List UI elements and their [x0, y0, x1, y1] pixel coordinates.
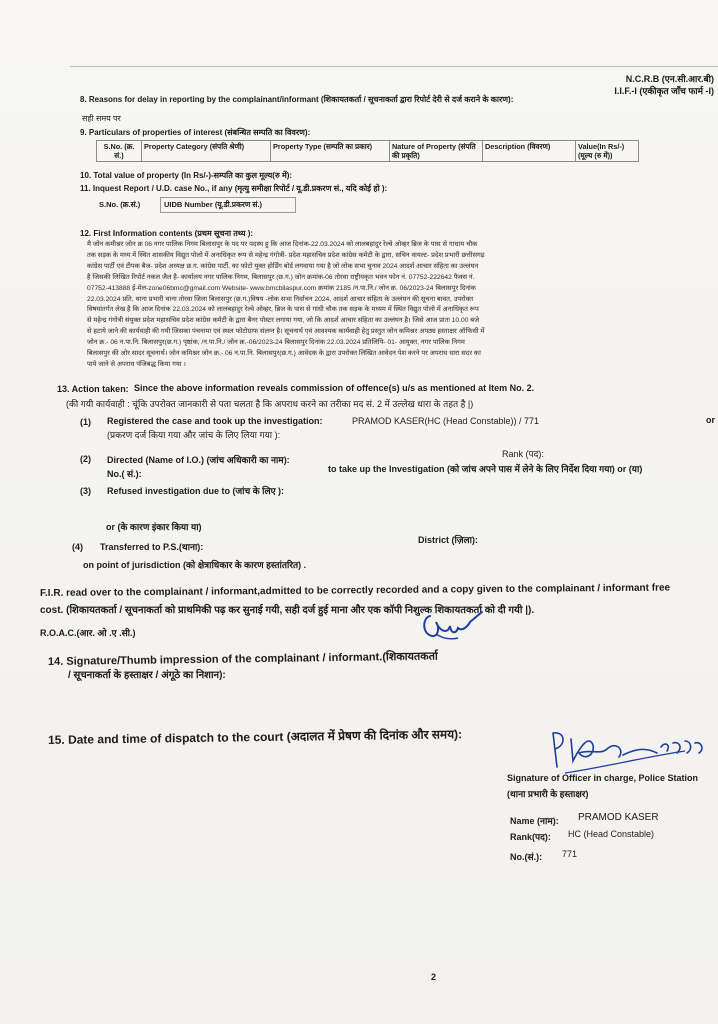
item12-label: 12. First Information contents (प्रथम सू… — [80, 228, 253, 239]
fic-line: पाये जाने से अपराध पंजिबद्ध किया गया । — [87, 360, 657, 371]
officer-signature — [545, 727, 718, 777]
fic-line: तक सड़क के मध्य में स्थित शासकीय विद्युत… — [87, 251, 657, 262]
item14-line1: 14. Signature/Thumb impression of the co… — [48, 649, 438, 669]
sub2-no: No.( सं.): — [107, 467, 142, 480]
officer-rank-label: Rank(पद): — [510, 830, 551, 843]
sub2-num: (2) — [80, 454, 91, 464]
item14-line2: / सूचनाकर्ता के हस्ताक्षर / अंगूठे का नि… — [68, 667, 226, 681]
fir-page: N.C.R.B (एन.सी.आर.बी) I.I.F.-I (एकीकृत ज… — [0, 0, 718, 1024]
sub1-or: or — [706, 415, 715, 425]
sub3-label: Refused investigation due to (जांच के लि… — [107, 484, 284, 497]
col-uidb: UIDB Number (यू.डी.प्रकरण सं.) — [161, 198, 296, 213]
item11-label: 11. Inquest Report / U.D. case No., if a… — [80, 183, 387, 194]
fic-line: 22.03.2024 प्रति, थाना प्रभारी थाना तोरव… — [87, 295, 657, 306]
sub1-num: (1) — [80, 417, 91, 427]
property-table-header: S.No. (क्र. सं.) Property Category (संपत… — [97, 141, 639, 162]
roac: R.O.A.C.(आर. ओ .ए .सी.) — [40, 626, 135, 639]
page-number: 2 — [431, 972, 436, 982]
sub4-jurisdiction: on point of jurisdiction (को क्षेत्राधिक… — [83, 558, 306, 571]
officer-no-label: No.(सं.): — [510, 850, 542, 863]
officer-name-label: Name (नाम): — [510, 814, 559, 827]
officer-no: 771 — [562, 849, 577, 859]
investigating-officer: PRAMOD KASER(HC (Head Constable)) / 771 — [352, 416, 539, 426]
fic-line: से हटाये जाने की कार्यवाही की गयी जिसका … — [87, 327, 657, 338]
officer-name: PRAMOD KASER — [578, 812, 659, 823]
col-category: Property Category (संपति श्रेणी) — [142, 141, 271, 162]
item15-label: 15. Date and time of dispatch to the cou… — [48, 725, 462, 748]
fic-line: से महेन्द्र गंगोत्री संयुक्त प्रदेश महास… — [87, 316, 657, 327]
col-sno: S.No. (क्र.सं.) — [96, 198, 161, 213]
first-information-contents: मै जोन कमीश्नर जोन क्र 06 नगर पालिक निगम… — [87, 240, 657, 371]
col-sno: S.No. (क्र. सं.) — [97, 141, 142, 162]
item9-label: 9. Particulars of properties of interest… — [80, 127, 310, 138]
fic-line: मै जोन कमीश्नर जोन क्र 06 नगर पालिक निगम… — [87, 240, 657, 251]
officer-sig-hindi: (थाना प्रभारी के हस्ताक्षर) — [507, 787, 588, 800]
sub2-takeup: to take up the Investigation (को जांच अप… — [328, 462, 642, 475]
officer-rank: HC (Head Constable) — [568, 829, 654, 839]
item13-hindi: (की गयी कार्यवाही : चूंकि उपरोक्त जानकार… — [66, 397, 473, 410]
top-divider — [70, 66, 718, 67]
item13-label: 13. Action taken: — [57, 384, 129, 394]
sub4-district: District (ज़िला): — [418, 533, 478, 546]
fic-line: कांग्रेस पार्टी एवं टीपक बैज- प्रदेश अध्… — [87, 262, 657, 273]
col-type: Property Type (सम्पति का प्रकार) — [271, 141, 390, 162]
sub1-hindi: (प्रकरण दर्ज किया गया और जांच के लिए लिय… — [107, 428, 280, 441]
fic-line: जोन क्र.- 06 न.पा.नि. बिलासपुर(छ.ग.) पृष… — [87, 338, 657, 349]
col-value: Value(In Rs/-) (मूल्य (रु में)) — [576, 141, 639, 162]
iif-header: I.I.F.-I (एकीकृत जाँच फार्म -I) — [614, 84, 714, 97]
sub4-label: Transferred to P.S.(थाना): — [100, 540, 203, 553]
fic-line: 07752-413888 ई-मेल-zone06bmc@gmail.com W… — [87, 284, 657, 295]
officer-sig-label: Signature of Officer in charge, Police S… — [507, 773, 698, 783]
fic-line: बिलासपुर की ओर सादर सूचनार्थ। जोन कमिश्न… — [87, 349, 657, 360]
sub1-label: Registered the case and took up the inve… — [107, 416, 323, 426]
item8-value: सही समय पर — [82, 113, 121, 124]
inquest-table: S.No. (क्र.सं.) UIDB Number (यू.डी.प्रकर… — [96, 197, 296, 213]
fic-line: है जिसकी लिखित रिपोर्ट नकल जैल है- कार्य… — [87, 273, 657, 284]
col-description: Description (विवरण) — [483, 141, 576, 162]
sub2-rank: Rank (पद): — [502, 447, 544, 460]
item13-text: Since the above information reveals comm… — [134, 383, 534, 393]
fir-read-line1: F.I.R. read over to the complainant / in… — [40, 583, 670, 599]
sub3-num: (3) — [80, 486, 91, 496]
sub3-or: or (के कारण इंकार किया या) — [106, 520, 202, 533]
sub4-num: (4) — [72, 542, 83, 552]
complainant-signature — [418, 608, 488, 644]
fic-line: विषयांतर्गत लेख है कि आज दिनांक 22.03.20… — [87, 305, 657, 316]
property-table: S.No. (क्र. सं.) Property Category (संपत… — [96, 140, 639, 162]
col-nature: Nature of Property (संपति की प्रकृति) — [390, 141, 483, 162]
sub2-label: Directed (Name of I.O.) (जांच अधिकारी का… — [107, 453, 290, 466]
item8-label: 8. Reasons for delay in reporting by the… — [80, 94, 513, 105]
item10-label: 10. Total value of property (In Rs/-)-सम… — [80, 170, 292, 181]
